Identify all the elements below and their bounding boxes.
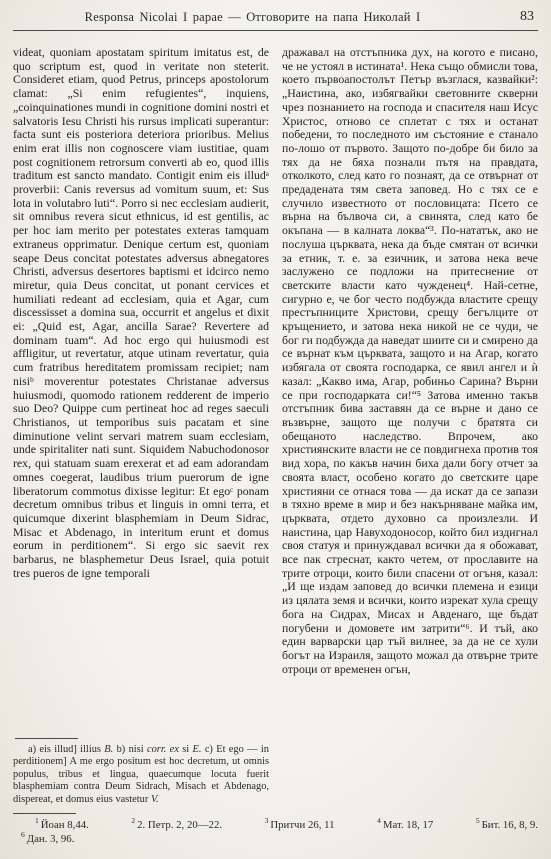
apparatus-segment: si <box>179 744 193 755</box>
footnote-item: 3Притчи 26, 11 <box>265 819 335 833</box>
apparatus-segment: B. <box>104 744 113 755</box>
apparatus-separator <box>15 738 78 739</box>
footnotes: 1Йоан 8,44. 22. Петр. 2, 20—22. 3Притчи … <box>13 819 538 846</box>
bulgarian-column: дражавал на отстъпника дух, на когото е … <box>282 46 538 806</box>
apparatus-segment: a) eis illud] illius <box>28 744 104 755</box>
text-columns: videat, quoniam apostatam spiritum imita… <box>13 46 538 806</box>
footnote-marker: 6 <box>21 830 25 839</box>
footnote-row: 6Дан. 3, 96. <box>13 833 538 847</box>
footnote-marker: 3 <box>265 816 269 825</box>
header-rule <box>13 30 538 31</box>
footnote-text: Дан. 3, 96. <box>27 833 75 845</box>
footnote-text: 2. Петр. 2, 20—22. <box>137 819 222 831</box>
footnote-item: 1Йоан 8,44. <box>35 819 89 833</box>
footnote-text: Йоан 8,44. <box>41 819 89 831</box>
page-number: 83 <box>520 9 534 25</box>
critical-apparatus: a) eis illud] illius B. b) nisi corr. ex… <box>13 744 269 807</box>
latin-column: videat, quoniam apostatam spiritum imita… <box>13 46 269 806</box>
footnote-text: Мат. 18, 17 <box>383 819 433 831</box>
critical-apparatus-block: a) eis illud] illius B. b) nisi corr. ex… <box>13 738 269 807</box>
latin-text: videat, quoniam apostatam spiritum imita… <box>13 46 269 580</box>
running-head: Responsa Nicolai I papae — Отговорите на… <box>0 10 505 25</box>
footnote-marker: 5 <box>476 816 480 825</box>
apparatus-segment: corr. ex <box>147 744 179 755</box>
footnote-item: 6Дан. 3, 96. <box>21 833 74 845</box>
footnote-item: 4Мат. 18, 17 <box>377 819 433 833</box>
footnote-text: Притчи 26, 11 <box>270 819 334 831</box>
footnote-marker: 2 <box>131 816 135 825</box>
footnote-marker: 1 <box>35 816 39 825</box>
footnote-row: 1Йоан 8,44. 22. Петр. 2, 20—22. 3Притчи … <box>13 819 538 833</box>
apparatus-segment: b) nisi <box>113 744 147 755</box>
footnote-marker: 4 <box>377 816 381 825</box>
footnote-separator <box>13 813 76 814</box>
footnote-item: 5Бит. 16, 8, 9. <box>476 819 538 833</box>
book-page: Responsa Nicolai I papae — Отговорите на… <box>0 0 551 859</box>
apparatus-segment: V. <box>151 794 159 805</box>
footnote-text: Бит. 16, 8, 9. <box>482 819 538 831</box>
bulgarian-text: дражавал на отстъпника дух, на когото е … <box>282 46 538 676</box>
footnote-item: 22. Петр. 2, 20—22. <box>131 819 222 833</box>
